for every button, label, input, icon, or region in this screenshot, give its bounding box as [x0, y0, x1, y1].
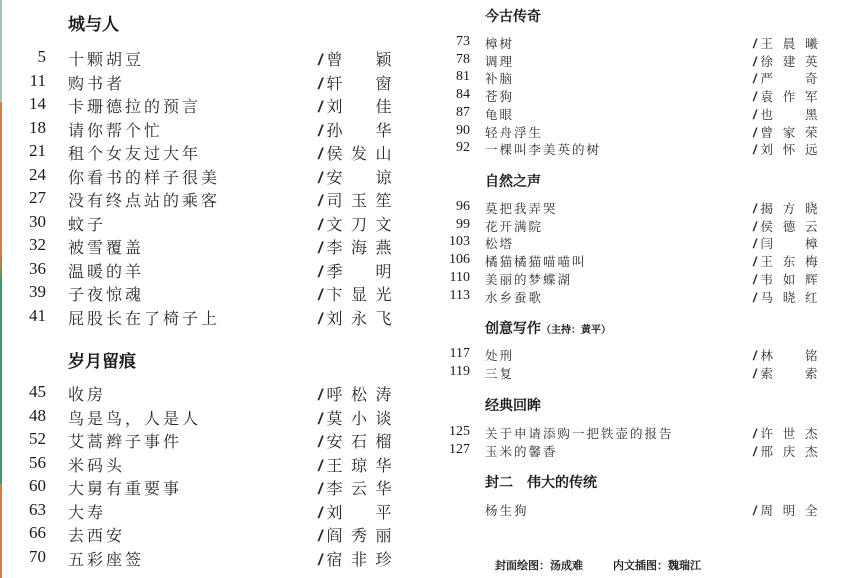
entry-title: 苍狗 — [485, 87, 514, 105]
author-name: 刘怀远 — [760, 140, 818, 158]
author-name: 李云华 — [326, 476, 392, 499]
entry-title: 屁股长在了椅子上 — [68, 306, 220, 329]
entry-title: 玉米的馨香 — [485, 442, 558, 460]
entry-title: 温暖的羊 — [68, 259, 144, 282]
entry-title: 三复 — [485, 364, 514, 382]
author-name: 刘 平 — [326, 500, 392, 523]
slash-separator: / — [318, 552, 323, 569]
slash-separator: / — [318, 311, 323, 328]
page-number: 66 — [10, 523, 46, 543]
section-title: 创意写作（主持：黄平） — [485, 318, 611, 338]
author-name: 周明全 — [760, 501, 818, 519]
slash-separator: / — [753, 37, 757, 51]
author-name: 孙 华 — [326, 118, 392, 141]
entry-title: 松塔 — [485, 234, 514, 252]
toc-entry[interactable]: 27 没有终点站的乘客 /司玉笙 — [0, 188, 400, 210]
entry-author: /刘 平 — [318, 500, 398, 523]
entry-author: /邢庆杰 — [753, 442, 825, 460]
toc-entry[interactable]: 127 玉米的馨香 /邢庆杰 — [440, 442, 825, 459]
slash-separator: / — [753, 445, 757, 459]
page-number: 5 — [10, 47, 46, 67]
toc-entry[interactable]: 84 苍狗 /袁作军 — [440, 87, 825, 104]
slash-separator: / — [318, 264, 323, 281]
slash-separator: / — [753, 367, 757, 381]
slash-separator: / — [753, 126, 757, 140]
entry-author: /林 铭 — [753, 346, 825, 364]
entry-author: /揭方晓 — [753, 199, 825, 217]
entry-title: 关于申请添购一把铁壶的报告 — [485, 424, 674, 442]
toc-entry[interactable]: 110 美丽的梦蝶湖 /韦如辉 — [440, 270, 825, 287]
entry-author: /司玉笙 — [318, 188, 398, 211]
author-name: 徐建英 — [760, 52, 818, 70]
author-name: 轩 窗 — [326, 71, 392, 94]
author-name: 刘 佳 — [326, 94, 392, 117]
slash-separator: / — [753, 291, 757, 305]
entry-title: 处刑 — [485, 346, 514, 364]
entry-author: /曾家荣 — [753, 123, 825, 141]
slash-separator: / — [753, 90, 757, 104]
entry-title: 十颗胡豆 — [68, 47, 144, 70]
entry-author: /安石榴 — [318, 429, 398, 452]
toc-entry[interactable]: 21 租个女友过大年 /侯发山 — [0, 141, 400, 163]
slash-separator: / — [318, 387, 323, 404]
author-name: 曾 颖 — [326, 47, 392, 70]
slash-separator: / — [318, 217, 323, 234]
entry-author: /李海燕 — [318, 235, 398, 258]
slash-separator: / — [753, 237, 757, 251]
toc-entry[interactable]: 66 去西安 /阎秀丽 — [0, 523, 400, 545]
slash-separator: / — [318, 240, 323, 257]
author-name: 严 奇 — [760, 69, 818, 87]
entry-author: /安 谅 — [318, 165, 398, 188]
slash-separator: / — [753, 55, 757, 69]
page-number: 24 — [10, 165, 46, 185]
page-number: 70 — [10, 547, 46, 567]
entry-title: 你看书的样子很美 — [68, 165, 220, 188]
entry-title: 莫把我弄哭 — [485, 199, 558, 217]
entry-author: /索 索 — [753, 364, 825, 382]
entry-title: 收房 — [68, 382, 106, 405]
toc-entry[interactable]: 56 米码头 /王琼华 — [0, 453, 400, 475]
toc-entry[interactable]: 杨生狗 /周明全 — [440, 501, 825, 518]
entry-title: 五彩座签 — [68, 547, 144, 570]
slash-separator: / — [753, 108, 757, 122]
entry-author: /刘怀远 — [753, 140, 825, 158]
page-number: 14 — [10, 94, 46, 114]
slash-separator: / — [318, 458, 323, 475]
entry-author: /徐建英 — [753, 52, 825, 70]
slash-separator: / — [318, 287, 323, 304]
author-name: 莫小谈 — [326, 406, 392, 429]
section-title: 岁月留痕 — [68, 347, 136, 372]
author-name: 季 明 — [326, 259, 392, 282]
author-name: 韦如辉 — [760, 270, 818, 288]
slash-separator: / — [753, 349, 757, 363]
toc-entry[interactable]: 113 水乡蚕歌 /马晓红 — [440, 288, 825, 305]
entry-title: 蚊子 — [68, 212, 106, 235]
author-name: 侯发山 — [326, 141, 392, 164]
entry-author: /闫 樟 — [753, 234, 825, 252]
slash-separator: / — [318, 434, 323, 451]
toc-entry[interactable]: 30 蚊子 /文刀文 — [0, 212, 400, 234]
toc-entry[interactable]: 11 购书者 /轩 窗 — [0, 71, 400, 93]
entry-author: /阎秀丽 — [318, 523, 398, 546]
toc-entry[interactable]: 119 三复 /索 索 — [440, 364, 825, 381]
page-number: 36 — [10, 259, 46, 279]
entry-title: 没有终点站的乘客 — [68, 188, 220, 211]
page-number: 32 — [10, 235, 46, 255]
author-name: 许世杰 — [760, 424, 818, 442]
entry-title: 卡珊德拉的预言 — [68, 94, 201, 117]
section-title: 城与人 — [68, 10, 119, 35]
slash-separator: / — [753, 220, 757, 234]
author-name: 文刀文 — [326, 212, 392, 235]
author-name: 邢庆杰 — [760, 442, 818, 460]
author-name: 林 铭 — [760, 346, 818, 364]
entry-title: 水乡蚕歌 — [485, 288, 543, 306]
entry-author: /莫小谈 — [318, 406, 398, 429]
illustration-credits: 封面绘图：汤成难内文插图：魏瑞江 — [495, 557, 701, 573]
author-name: 曾家荣 — [760, 123, 818, 141]
page-number: 106 — [440, 252, 470, 268]
author-name: 卞显光 — [326, 282, 392, 305]
entry-author: /马晓红 — [753, 288, 825, 306]
page-number: 73 — [440, 34, 470, 50]
page-number: 30 — [10, 212, 46, 232]
page-number: 92 — [440, 140, 470, 156]
page-number: 81 — [440, 69, 470, 85]
entry-title: 鸟是鸟，人是人 — [68, 406, 201, 429]
entry-author: /王琼华 — [318, 453, 398, 476]
entry-author: /季 明 — [318, 259, 398, 282]
entry-author: /文刀文 — [318, 212, 398, 235]
page-number: 99 — [440, 217, 470, 233]
toc-entry[interactable]: 96 莫把我弄哭 /揭方晓 — [440, 199, 825, 216]
page-number: 18 — [10, 118, 46, 138]
entry-title: 花开满院 — [485, 217, 543, 235]
entry-author: /刘永飞 — [318, 306, 398, 329]
slash-separator: / — [753, 143, 757, 157]
entry-author: /李云华 — [318, 476, 398, 499]
entry-title: 樟树 — [485, 34, 514, 52]
slash-separator: / — [318, 170, 323, 187]
toc-entry[interactable]: 63 大寿 /刘 平 — [0, 500, 400, 522]
section-title: 经典回眸 — [485, 395, 541, 415]
page-number: 60 — [10, 476, 46, 496]
entry-title: 补脑 — [485, 69, 514, 87]
author-name: 侯德云 — [760, 217, 818, 235]
page-number: 39 — [10, 282, 46, 302]
slash-separator: / — [753, 273, 757, 287]
entry-title: 米码头 — [68, 453, 125, 476]
entry-author: /许世杰 — [753, 424, 825, 442]
entry-title: 被雪覆盖 — [68, 235, 144, 258]
entry-title: 一棵叫李美英的树 — [485, 140, 601, 158]
entry-author: /轩 窗 — [318, 71, 398, 94]
page-number: 63 — [10, 500, 46, 520]
author-name: 马晓红 — [760, 288, 818, 306]
section-title: 封二 伟大的传统 — [485, 472, 597, 492]
author-name: 李海燕 — [326, 235, 392, 258]
toc-entry[interactable]: 103 松塔 /闫 樟 — [440, 234, 825, 251]
entry-author: /王晨曦 — [753, 34, 825, 52]
page-number: 119 — [440, 364, 470, 380]
slash-separator: / — [753, 72, 757, 86]
toc-entry[interactable]: 92 一棵叫李美英的树 /刘怀远 — [440, 140, 825, 157]
page-number: 48 — [10, 406, 46, 426]
entry-author: /侯发山 — [318, 141, 398, 164]
entry-author: /袁作军 — [753, 87, 825, 105]
author-name: 安石榴 — [326, 429, 392, 452]
slash-separator: / — [318, 76, 323, 93]
page-number: 90 — [440, 123, 470, 139]
page-number: 84 — [440, 87, 470, 103]
slash-separator: / — [318, 52, 323, 69]
author-name: 安 谅 — [326, 165, 392, 188]
page-number: 113 — [440, 288, 470, 304]
toc-entry[interactable]: 18 请你帮个忙 /孙 华 — [0, 118, 400, 140]
entry-author: /韦如辉 — [753, 270, 825, 288]
slash-separator: / — [318, 123, 323, 140]
entry-author: /侯德云 — [753, 217, 825, 235]
section-title-text: 创意写作 — [485, 321, 541, 337]
toc-entry[interactable]: 125 关于申请添购一把铁壶的报告 /许世杰 — [440, 424, 825, 441]
entry-author: /曾 颖 — [318, 47, 398, 70]
toc-entry[interactable]: 14 卡珊德拉的预言 /刘 佳 — [0, 94, 400, 116]
toc-entry[interactable]: 81 补脑 /严 奇 — [440, 69, 825, 86]
entry-author: /孙 华 — [318, 118, 398, 141]
entry-title: 大寿 — [68, 500, 106, 523]
entry-author: /卞显光 — [318, 282, 398, 305]
page-number: 11 — [10, 71, 46, 91]
author-name: 也 黑 — [760, 105, 818, 123]
entry-author: /刘 佳 — [318, 94, 398, 117]
page-number: 21 — [10, 141, 46, 161]
entry-title: 租个女友过大年 — [68, 141, 201, 164]
slash-separator: / — [318, 146, 323, 163]
entry-title: 调理 — [485, 52, 514, 70]
entry-title: 购书者 — [68, 71, 125, 94]
entry-title: 杨生狗 — [485, 501, 529, 519]
toc-entry[interactable]: 87 龟眼 /也 黑 — [440, 105, 825, 122]
section-host-note: （主持：黄平） — [541, 325, 611, 336]
cover-art-credit: 封面绘图：汤成难 — [495, 559, 583, 572]
section-title: 自然之声 — [485, 171, 541, 191]
toc-entry[interactable]: 24 你看书的样子很美 /安 谅 — [0, 165, 400, 187]
page-number: 41 — [10, 306, 46, 326]
page-number: 110 — [440, 270, 470, 286]
entry-title: 请你帮个忙 — [68, 118, 163, 141]
author-name: 揭方晓 — [760, 199, 818, 217]
entry-title: 大舅有重要事 — [68, 476, 182, 499]
toc-entry[interactable]: 48 鸟是鸟，人是人 /莫小谈 — [0, 406, 400, 428]
entry-title: 艾蒿辫子事件 — [68, 429, 182, 452]
entry-author: /严 奇 — [753, 69, 825, 87]
author-name: 王琼华 — [326, 453, 392, 476]
entry-title: 橘猫橘猫喵喵叫 — [485, 252, 587, 270]
toc-entry[interactable]: 41 屁股长在了椅子上 /刘永飞 — [0, 306, 400, 328]
toc-entry[interactable]: 70 五彩座签 /宿非珍 — [0, 547, 400, 569]
toc-entry[interactable]: 78 调理 /徐建英 — [440, 52, 825, 69]
author-name: 闫 樟 — [760, 234, 818, 252]
entry-author: /呼松涛 — [318, 382, 398, 405]
entry-title: 去西安 — [68, 523, 125, 546]
toc-entry[interactable]: 117 处刑 /林 铭 — [440, 346, 825, 363]
author-name: 索 索 — [760, 364, 818, 382]
slash-separator: / — [318, 99, 323, 116]
toc-entry[interactable]: 36 温暖的羊 /季 明 — [0, 259, 400, 281]
page-number: 127 — [440, 442, 470, 458]
entry-title: 轻舟浮生 — [485, 123, 543, 141]
page-number: 52 — [10, 429, 46, 449]
toc-entry[interactable]: 106 橘猫橘猫喵喵叫 /王东梅 — [440, 252, 825, 269]
author-name: 刘永飞 — [326, 306, 392, 329]
toc-entry[interactable]: 5 十颗胡豆 /曾 颖 — [0, 47, 400, 69]
slash-separator: / — [318, 481, 323, 498]
slash-separator: / — [318, 505, 323, 522]
section-title: 今古传奇 — [485, 6, 541, 26]
toc-entry[interactable]: 90 轻舟浮生 /曾家荣 — [440, 123, 825, 140]
entry-author: /周明全 — [753, 501, 825, 519]
page-number: 117 — [440, 346, 470, 362]
author-name: 阎秀丽 — [326, 523, 392, 546]
page-number: 27 — [10, 188, 46, 208]
author-name: 袁作军 — [760, 87, 818, 105]
author-name: 宿非珍 — [326, 547, 392, 570]
toc-entry[interactable]: 99 花开满院 /侯德云 — [440, 217, 825, 234]
page-number: 103 — [440, 234, 470, 250]
slash-separator: / — [753, 255, 757, 269]
entry-author: /也 黑 — [753, 105, 825, 123]
toc-entry[interactable]: 39 子夜惊魂 /卞显光 — [0, 282, 400, 304]
author-name: 王晨曦 — [760, 34, 818, 52]
toc-entry[interactable]: 73 樟树 /王晨曦 — [440, 34, 825, 51]
page-number: 96 — [440, 199, 470, 215]
entry-title: 美丽的梦蝶湖 — [485, 270, 572, 288]
slash-separator: / — [753, 504, 757, 518]
slash-separator: / — [318, 528, 323, 545]
page-number: 45 — [10, 382, 46, 402]
page-number: 78 — [440, 52, 470, 68]
author-name: 呼松涛 — [326, 382, 392, 405]
author-name: 司玉笙 — [326, 188, 392, 211]
author-name: 王东梅 — [760, 252, 818, 270]
toc-entry[interactable]: 52 艾蒿辫子事件 /安石榴 — [0, 429, 400, 451]
page-number: 125 — [440, 424, 470, 440]
toc-entry[interactable]: 60 大舅有重要事 /李云华 — [0, 476, 400, 498]
slash-separator: / — [753, 202, 757, 216]
inner-illustration-credit: 内文插图：魏瑞江 — [613, 559, 701, 572]
page-number: 87 — [440, 105, 470, 121]
entry-title: 龟眼 — [485, 105, 514, 123]
entry-author: /宿非珍 — [318, 547, 398, 570]
entry-title: 子夜惊魂 — [68, 282, 144, 305]
slash-separator: / — [318, 193, 323, 210]
toc-entry[interactable]: 32 被雪覆盖 /李海燕 — [0, 235, 400, 257]
slash-separator: / — [753, 427, 757, 441]
page-number: 56 — [10, 453, 46, 473]
entry-author: /王东梅 — [753, 252, 825, 270]
slash-separator: / — [318, 411, 323, 428]
toc-entry[interactable]: 45 收房 /呼松涛 — [0, 382, 400, 404]
